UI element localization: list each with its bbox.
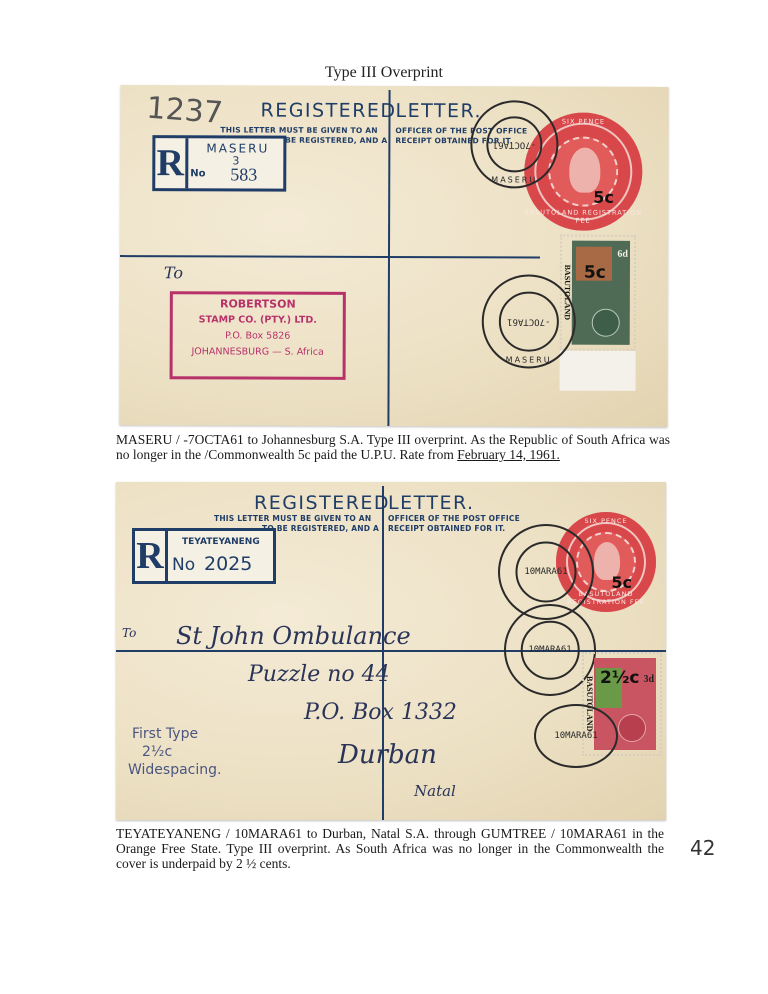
registration-no-label: No (190, 168, 205, 179)
registration-office: MASERU (206, 141, 269, 155)
page-number: 42 (690, 836, 715, 860)
instruction-line2-left: TO BE REGISTERED, AND A (262, 524, 379, 533)
registration-label: R MASERU 3 No 583 (152, 135, 286, 191)
registration-no-label: No (172, 555, 195, 575)
address-line-1: St John Ombulance (176, 622, 411, 650)
registration-office: TEYATEYANENG (182, 537, 260, 547)
pencil-note-line-3: Widespacing. (128, 762, 221, 778)
address-line-3: P.O. Box 1332 (304, 700, 457, 725)
addressee-mark: To (164, 263, 183, 282)
postmark: -7OCTA61 MASERU (470, 100, 558, 188)
address-line-5: Natal (414, 782, 456, 800)
surcharge-overprint: 2½c (600, 668, 640, 688)
pencil-note: 1237 (145, 91, 224, 131)
registered-heading-right: LETTER. (395, 100, 482, 122)
registered-heading-left: REGISTERED (254, 492, 390, 514)
queen-portrait-icon (592, 309, 620, 337)
cover1-caption: MASERU / -7OCTA61 to Johannesburg S.A. T… (116, 432, 670, 462)
registered-cover-maseru: 1237 REGISTERED LETTER. THIS LETTER MUST… (119, 85, 668, 427)
registered-heading-right: LETTER. (388, 492, 475, 514)
pencil-note-line-1: First Type (132, 726, 198, 742)
registered-heading-left: REGISTERED (260, 100, 396, 122)
surcharge-overprint: 5c (584, 263, 606, 283)
registration-number: 2025 (204, 553, 252, 575)
instruction-line1-left: THIS LETTER MUST BE GIVEN TO AN (220, 125, 377, 135)
surcharge-overprint: 5c (593, 188, 614, 207)
registration-r: R (135, 531, 168, 581)
registration-label: R TEYATEYANENG No 2025 (132, 528, 276, 584)
registered-cover-teyateyaneng: REGISTERED LETTER. THIS LETTER MUST BE G… (116, 482, 666, 820)
instruction-line2-right: RECEIPT OBTAINED FOR IT. (388, 524, 505, 533)
address-line-2: Puzzle no 44 (248, 662, 390, 687)
postmark: 10MARA61 (534, 704, 618, 768)
divider-horizontal (120, 255, 540, 258)
address-line-4: Durban (338, 740, 437, 770)
queen-portrait-icon (618, 714, 646, 742)
pencil-note-line-2: 2½c (142, 744, 172, 760)
registration-r: R (155, 138, 188, 188)
instruction-line1-right: OFFICER OF THE POST OFFICE (388, 514, 520, 523)
queen-head-icon (569, 148, 600, 193)
cover2-caption: TEYATEYANENG / 10MARA61 to Durban, Natal… (116, 826, 664, 871)
page-title: Type III Overprint (0, 64, 768, 82)
instruction-line2-left: TO BE REGISTERED, AND A (270, 136, 387, 145)
postmark: -7OCTA61 MASERU (482, 274, 576, 368)
instruction-line1-left: THIS LETTER MUST BE GIVEN TO AN (214, 514, 371, 523)
address-to: To (122, 626, 136, 640)
dealer-cachet: ROBERTSON STAMP CO. (PTY.) LTD. P.O. Box… (170, 291, 346, 380)
registration-number: 583 (230, 164, 257, 185)
